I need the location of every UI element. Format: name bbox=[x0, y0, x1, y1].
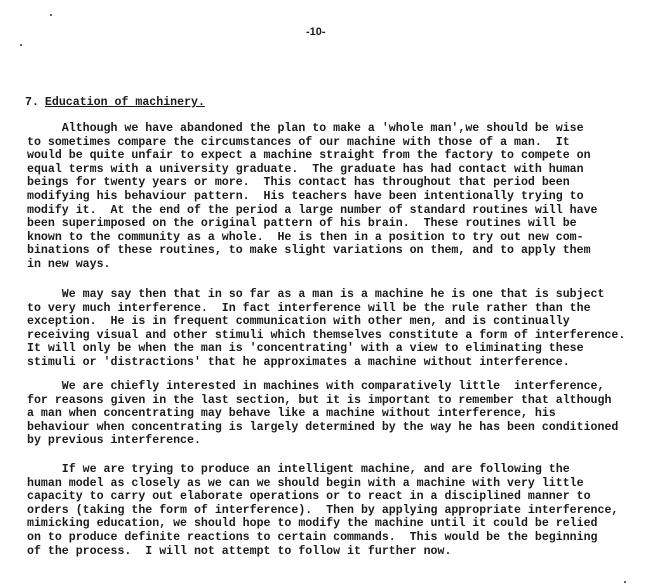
page-number: -10- bbox=[306, 26, 326, 40]
text-line: of the process. I will not attempt to fo… bbox=[27, 545, 627, 559]
text-line: modifying his behaviour pattern. His tea… bbox=[27, 190, 627, 204]
document-page: -10- 7.Education of machinery. Although … bbox=[0, 0, 650, 586]
section-number: 7. bbox=[25, 96, 39, 109]
text-line: stimuli or 'distractions' that he approx… bbox=[27, 356, 627, 370]
section-heading: 7.Education of machinery. bbox=[25, 96, 205, 110]
section-title: Education of machinery. bbox=[45, 96, 205, 109]
paragraph-2: We may say then that in so far as a man … bbox=[27, 288, 627, 370]
text-line: exception. He is in frequent communicati… bbox=[27, 315, 627, 329]
text-line: We are chiefly interested in machines wi… bbox=[27, 380, 627, 394]
text-line: If we are trying to produce an intellige… bbox=[27, 463, 627, 477]
paragraph-3: We are chiefly interested in machines wi… bbox=[27, 380, 627, 448]
text-line: behaviour when concentrating is largely … bbox=[27, 421, 627, 435]
text-line: human model as closely as we can we shou… bbox=[27, 477, 627, 491]
scan-speck bbox=[624, 581, 626, 583]
text-line: a man when concentrating may behave like… bbox=[27, 407, 627, 421]
text-line: Although we have abandoned the plan to m… bbox=[27, 122, 627, 136]
text-line: orders (taking the form of interference)… bbox=[27, 504, 627, 518]
scan-speck bbox=[20, 44, 22, 46]
text-line: to sometimes compare the circumstances o… bbox=[27, 136, 627, 150]
paragraph-4: If we are trying to produce an intellige… bbox=[27, 463, 627, 558]
text-line: known to the community as a whole. He is… bbox=[27, 231, 627, 245]
text-line: beings for twenty years or more. This co… bbox=[27, 176, 627, 190]
text-line: capacity to carry out elaborate operatio… bbox=[27, 490, 627, 504]
text-line: by previous interference. bbox=[27, 434, 627, 448]
text-line: binations of these routines, to make sli… bbox=[27, 244, 627, 258]
text-line: been superimposed on the original patter… bbox=[27, 217, 627, 231]
text-line: would be quite unfair to expect a machin… bbox=[27, 149, 627, 163]
text-line: to very much interference. In fact inter… bbox=[27, 302, 627, 316]
text-line: for reasons given in the last section, b… bbox=[27, 394, 627, 408]
text-line: modify it. At the end of the period a la… bbox=[27, 204, 627, 218]
text-line: mimicking education, we should hope to m… bbox=[27, 517, 627, 531]
text-line: receiving visual and other stimuli which… bbox=[27, 329, 627, 343]
scan-speck bbox=[50, 14, 52, 16]
text-line: on to produce definite reactions to cert… bbox=[27, 531, 627, 545]
text-line: equal terms with a university graduate. … bbox=[27, 163, 627, 177]
text-line: in new ways. bbox=[27, 258, 627, 272]
text-line: It will only be when the man is 'concent… bbox=[27, 342, 627, 356]
paragraph-1: Although we have abandoned the plan to m… bbox=[27, 122, 627, 272]
text-line: We may say then that in so far as a man … bbox=[27, 288, 627, 302]
